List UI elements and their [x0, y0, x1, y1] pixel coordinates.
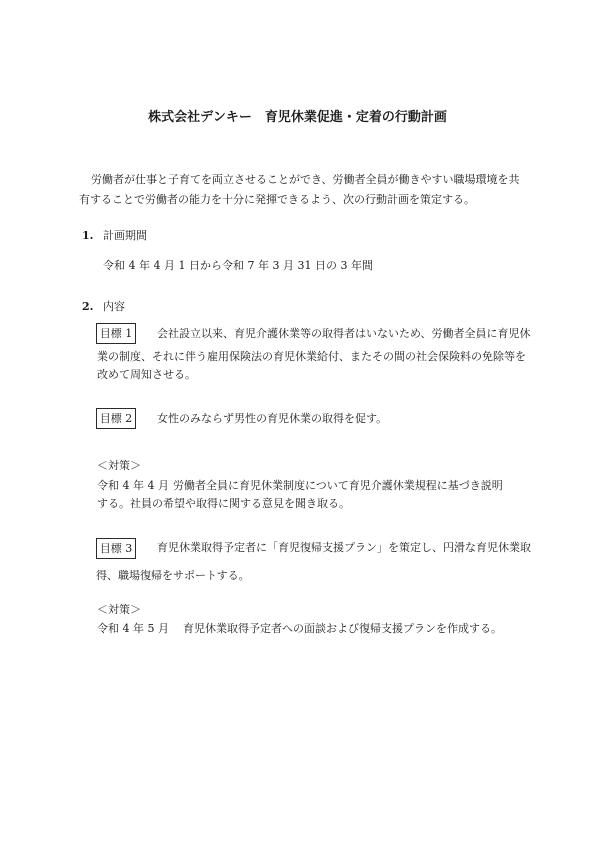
intro-line-1: 労働者が仕事と子育てを両立させることができ、労働者全員が働きやすい職場環境を共	[80, 172, 520, 188]
intro-line-2: 有することで労働者の能力を十分に発揮できるよう、次の行動計画を策定する。	[79, 192, 475, 208]
section-content-number: 2.	[82, 299, 103, 315]
measure-2-line-1: 令和 4 年 5 月育児休業取得予定者への面談および復帰支援プランを作成する。	[97, 621, 502, 637]
section-period-body: 令和 4 年 4 月 1 日から令和 7 年 3 月 31 日の 3 年間	[103, 258, 373, 274]
goal-1-label-box: 目標 1	[96, 323, 136, 344]
section-content-heading-label: 内容	[103, 300, 125, 313]
goal-3-line-2: 得、職場復帰をサポートする。	[96, 568, 250, 584]
goal-3-label-box: 目標 3	[96, 538, 136, 559]
goal-1-line-3: 改めて周知させる。	[97, 367, 196, 383]
measure-1-line-2: する。社員の希望や取得に関する意見を聞き取る。	[97, 496, 350, 512]
goal-1-line-2: 業の制度、それに伴う雇用保険法の育児休業給付、またその間の社会保険料の免除等を	[97, 349, 526, 365]
goal-2-line-1: 女性のみならず男性の育児休業の取得を促す。	[157, 411, 387, 427]
measure-1-line-1: 令和 4 年 4 月労働者全員に育児休業制度について育児介護休業規程に基づき説明	[97, 478, 503, 494]
measure-1-date: 令和 4 年 4 月	[97, 478, 173, 494]
section-period-heading-label: 計画期間	[103, 229, 147, 242]
measure-2-text: 育児休業取得予定者への面談および復帰支援プランを作成する。	[183, 622, 502, 635]
goal-2-label-box: 目標 2	[96, 408, 136, 429]
goal-1-line-1: 会社設立以来、育児介護休業等の取得者はいないため、労働者全員に育児休	[157, 326, 531, 342]
document-title: 株式会社デンキー 育児休業促進・定着の行動計画	[0, 109, 595, 126]
measure-2-date: 令和 4 年 5 月	[97, 621, 183, 637]
measure-2-heading: ＜対策＞	[97, 602, 141, 618]
section-period-number: 1.	[82, 228, 103, 244]
document-page: 株式会社デンキー 育児休業促進・定着の行動計画 労働者が仕事と子育てを両立させる…	[0, 0, 595, 842]
goal-3-line-1: 育児休業取得予定者に「育児復帰支援プラン」を策定し、円滑な育児休業取	[157, 540, 531, 556]
measure-1-heading: ＜対策＞	[97, 458, 141, 474]
section-content-heading: 2.内容	[82, 299, 125, 315]
section-period-heading: 1.計画期間	[82, 228, 147, 244]
measure-1-text: 労働者全員に育児休業制度について育児介護休業規程に基づき説明	[173, 479, 503, 492]
